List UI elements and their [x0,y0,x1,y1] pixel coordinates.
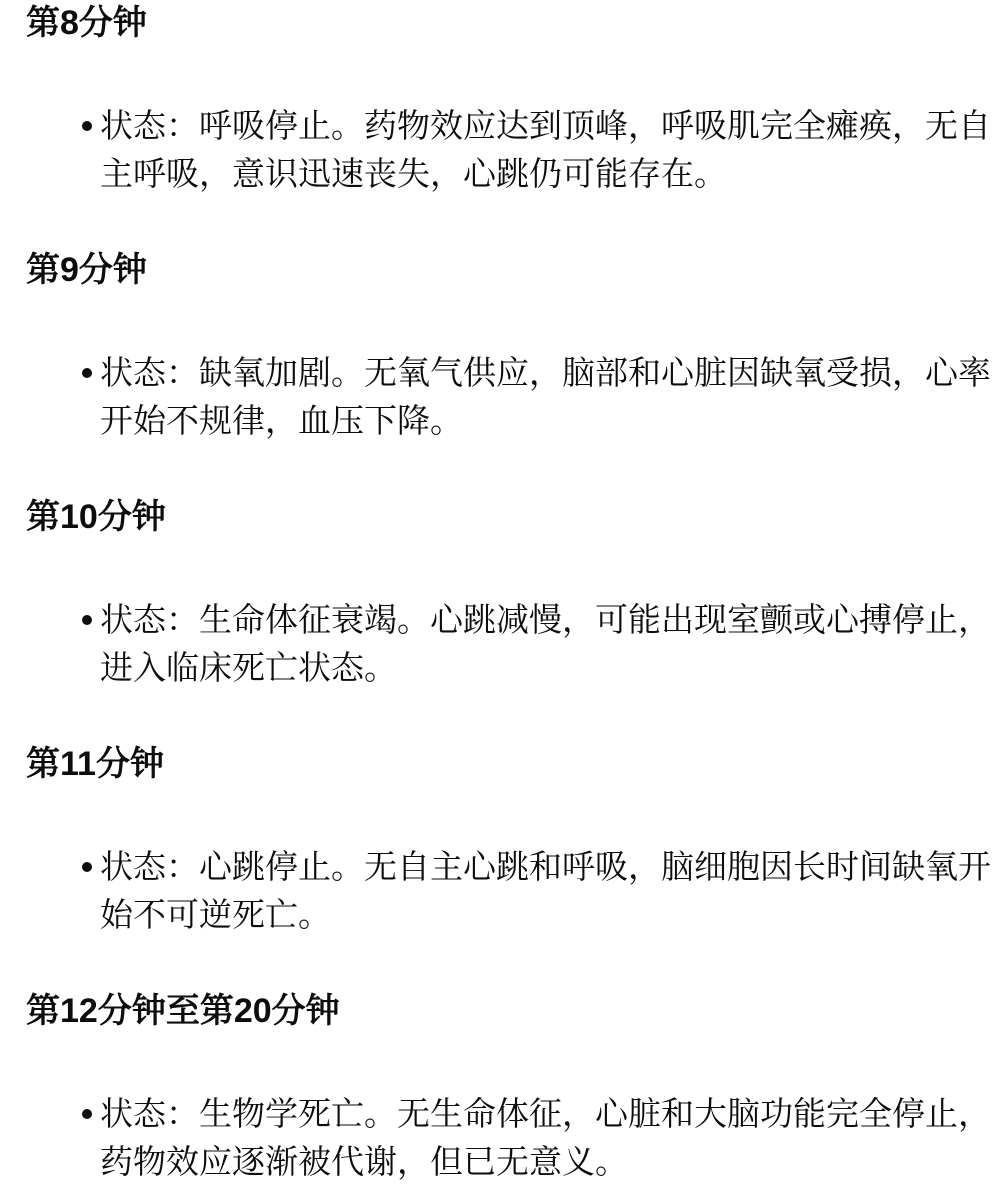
status-list-item: 状态：生命体征衰竭。心跳减慢，可能出现室颤或心搏停止， 进入临床死亡状态。 [100,596,1008,692]
timeline-section-minute-12-20: 第12分钟至第20分钟 状态：生物学死亡。无生命体征，心脏和大脑功能完全停止， … [26,988,1008,1186]
status-list: 状态：生命体征衰竭。心跳减慢，可能出现室颤或心搏停止， 进入临床死亡状态。 [26,596,1008,692]
status-list: 状态：心跳停止。无自主心跳和呼吸，脑细胞因长时间缺氧开 始不可逆死亡。 [26,843,1008,939]
minute-heading: 第10分钟 [26,494,1008,540]
status-text-line: 状态：心跳停止。无自主心跳和呼吸，脑细胞因长时间缺氧开 [100,843,1008,891]
status-list: 状态：呼吸停止。药物效应达到顶峰，呼吸肌完全瘫痪，无自 主呼吸，意识迅速丧失，心… [26,102,1008,198]
bullet-icon [82,615,92,625]
bullet-icon [82,368,92,378]
status-text-line: 主呼吸，意识迅速丧失，心跳仍可能存在。 [100,150,1008,198]
minute-heading: 第12分钟至第20分钟 [26,988,1008,1034]
status-text-line: 状态：呼吸停止。药物效应达到顶峰，呼吸肌完全瘫痪，无自 [100,102,1008,150]
status-list-item: 状态：缺氧加剧。无氧气供应，脑部和心脏因缺氧受损，心率 开始不规律，血压下降。 [100,349,1008,445]
status-text-line: 状态：缺氧加剧。无氧气供应，脑部和心脏因缺氧受损，心率 [100,349,1008,397]
status-text-line: 状态：生物学死亡。无生命体征，心脏和大脑功能完全停止， [100,1090,1008,1138]
status-list: 状态：缺氧加剧。无氧气供应，脑部和心脏因缺氧受损，心率 开始不规律，血压下降。 [26,349,1008,445]
timeline-section-minute-8: 第8分钟 状态：呼吸停止。药物效应达到顶峰，呼吸肌完全瘫痪，无自 主呼吸，意识迅… [26,0,1008,198]
status-text-line: 始不可逆死亡。 [100,891,1008,939]
minute-heading: 第8分钟 [26,0,1008,46]
bullet-icon [82,1109,92,1119]
status-text-line: 状态：生命体征衰竭。心跳减慢，可能出现室颤或心搏停止， [100,596,1008,644]
status-list: 状态：生物学死亡。无生命体征，心脏和大脑功能完全停止， 药物效应逐渐被代谢，但已… [26,1090,1008,1186]
timeline-section-minute-9: 第9分钟 状态：缺氧加剧。无氧气供应，脑部和心脏因缺氧受损，心率 开始不规律，血… [26,247,1008,445]
bullet-icon [82,862,92,872]
status-list-item: 状态：呼吸停止。药物效应达到顶峰，呼吸肌完全瘫痪，无自 主呼吸，意识迅速丧失，心… [100,102,1008,198]
bullet-icon [82,121,92,131]
minute-heading: 第9分钟 [26,247,1008,293]
status-text-line: 开始不规律，血压下降。 [100,397,1008,445]
timeline-section-minute-10: 第10分钟 状态：生命体征衰竭。心跳减慢，可能出现室颤或心搏停止， 进入临床死亡… [26,494,1008,692]
status-text-line: 进入临床死亡状态。 [100,644,1008,692]
status-list-item: 状态：生物学死亡。无生命体征，心脏和大脑功能完全停止， 药物效应逐渐被代谢，但已… [100,1090,1008,1186]
status-text-line: 药物效应逐渐被代谢，但已无意义。 [100,1138,1008,1186]
status-list-item: 状态：心跳停止。无自主心跳和呼吸，脑细胞因长时间缺氧开 始不可逆死亡。 [100,843,1008,939]
document-body: 第8分钟 状态：呼吸停止。药物效应达到顶峰，呼吸肌完全瘫痪，无自 主呼吸，意识迅… [0,0,1008,1200]
timeline-section-minute-11: 第11分钟 状态：心跳停止。无自主心跳和呼吸，脑细胞因长时间缺氧开 始不可逆死亡… [26,741,1008,939]
minute-heading: 第11分钟 [26,741,1008,787]
